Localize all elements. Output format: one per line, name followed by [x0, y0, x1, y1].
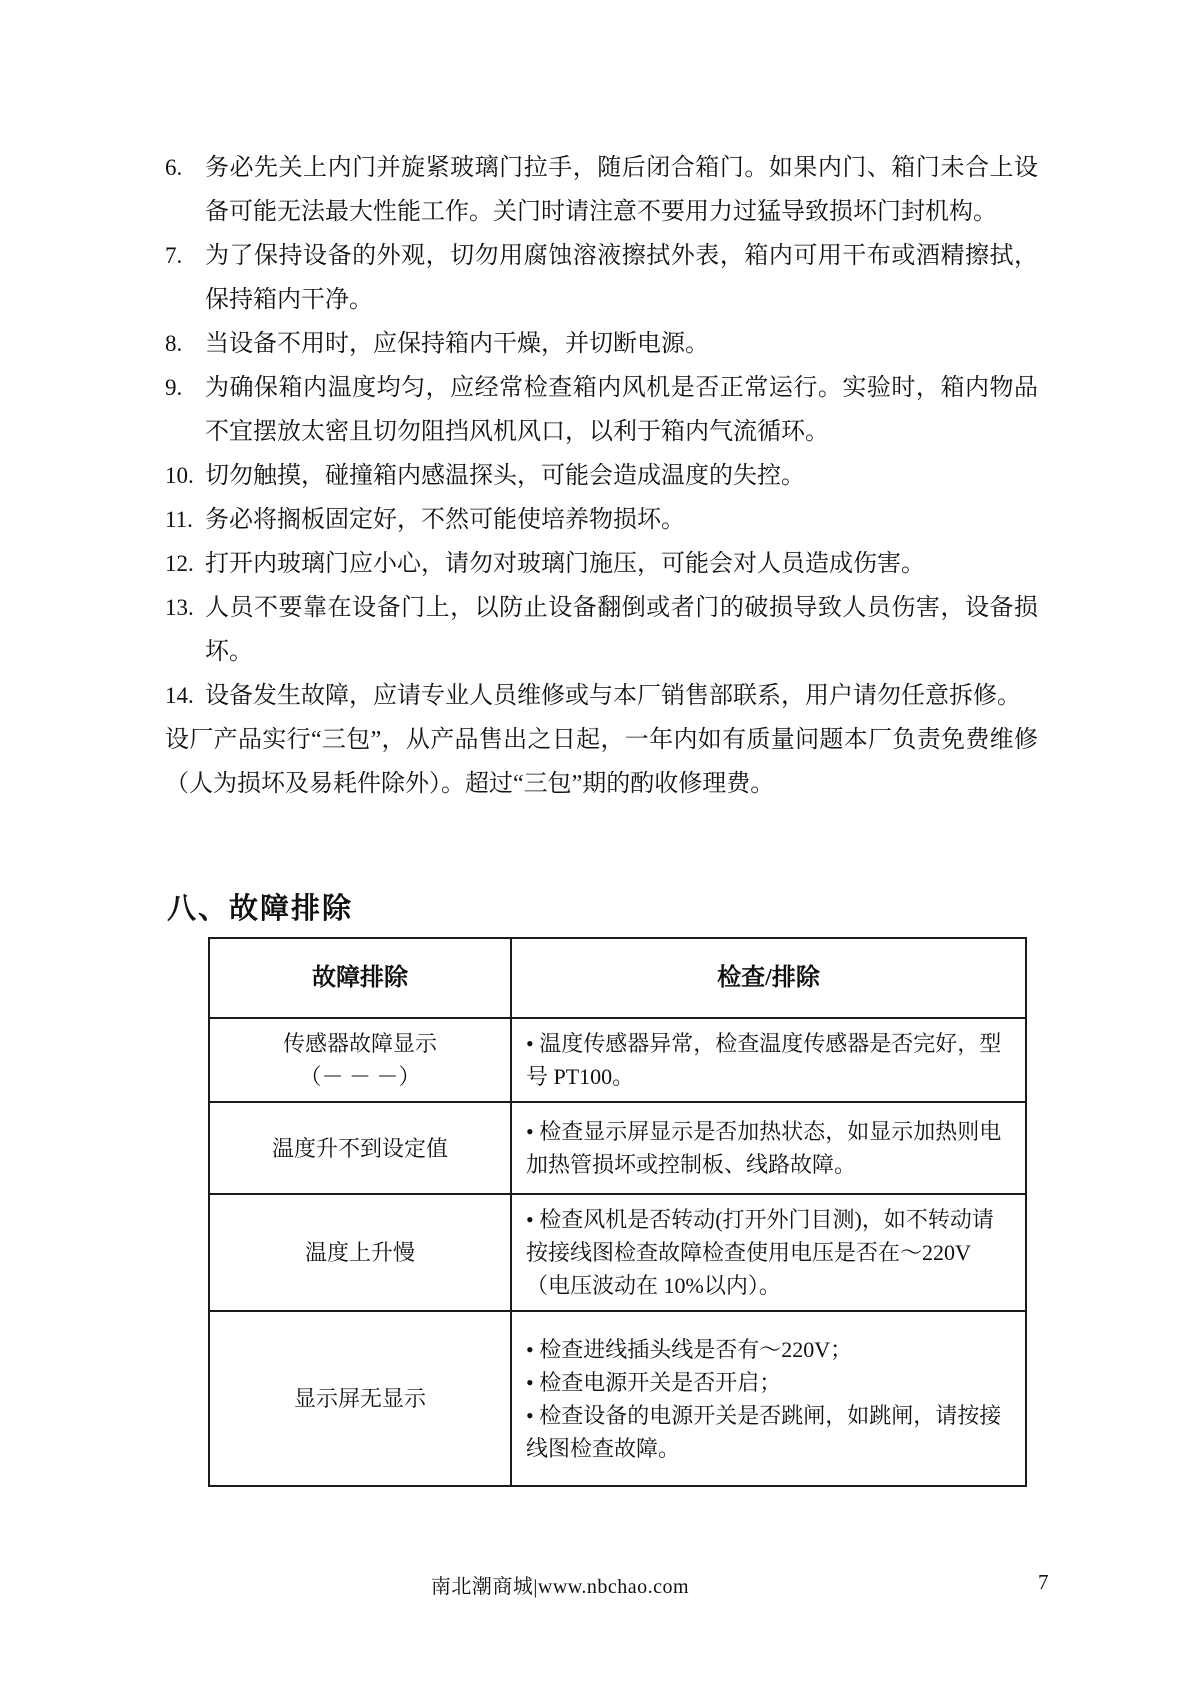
list-item: 9. 为确保箱内温度均匀，应经常检查箱内风机是否正常运行。实验时，箱内物品不宜摆… — [165, 366, 1038, 454]
list-item: 13. 人员不要靠在设备门上，以防止设备翻倒或者门的破损导致人员伤害，设备损坏。 — [165, 586, 1038, 674]
item-text: 人员不要靠在设备门上，以防止设备翻倒或者门的破损导致人员伤害，设备损坏。 — [205, 586, 1038, 674]
list-item: 7. 为了保持设备的外观，切勿用腐蚀溶液擦拭外表，箱内可用干布或酒精擦拭，保持箱… — [165, 234, 1038, 322]
list-item: 10. 切勿触摸，碰撞箱内感温探头，可能会造成温度的失控。 — [165, 454, 1038, 498]
troubleshooting-table: 故障排除 检查/排除 传感器故障显示 （－ － －） • 温度传感器异常，检查温… — [208, 937, 1027, 1487]
warranty-paragraph: 设厂产品实行“三包”，从产品售出之日起，一年内如有质量问题本厂负责免费维修（人为… — [165, 718, 1038, 806]
list-item: 8. 当设备不用时，应保持箱内干燥，并切断电源。 — [165, 322, 1038, 366]
list-item: 14. 设备发生故障，应请专业人员维修或与本厂销售部联系，用户请勿任意拆修。 — [165, 674, 1038, 718]
item-text: 切勿触摸，碰撞箱内感温探头，可能会造成温度的失控。 — [205, 454, 1038, 498]
footer-site-text: 南北潮商城|www.nbchao.com — [431, 1570, 689, 1599]
item-number: 14. — [165, 674, 205, 718]
item-number: 7. — [165, 234, 205, 278]
check-cell: • 检查风机是否转动(打开外门目测)，如不转动请按接线图检查故障检查使用电压是否… — [511, 1194, 1026, 1311]
item-number: 13. — [165, 586, 205, 630]
item-number: 6. — [165, 146, 205, 190]
item-number: 12. — [165, 542, 205, 586]
item-text: 为确保箱内温度均匀，应经常检查箱内风机是否正常运行。实验时，箱内物品不宜摆放太密… — [205, 366, 1038, 454]
table-row: 显示屏无显示 • 检查进线插头线是否有～220V； • 检查电源开关是否开启； … — [209, 1311, 1026, 1486]
list-item: 6. 务必先关上内门并旋紧玻璃门拉手，随后闭合箱门。如果内门、箱门未合上设备可能… — [165, 146, 1038, 234]
precautions-list: 6. 务必先关上内门并旋紧玻璃门拉手，随后闭合箱门。如果内门、箱门未合上设备可能… — [165, 146, 1038, 806]
item-number: 10. — [165, 454, 205, 498]
item-text: 打开内玻璃门应小心，请勿对玻璃门施压，可能会对人员造成伤害。 — [205, 542, 1038, 586]
table-row: 温度上升慢 • 检查风机是否转动(打开外门目测)，如不转动请按接线图检查故障检查… — [209, 1194, 1026, 1311]
table-row: 温度升不到设定值 • 检查显示屏显示是否加热状态，如显示加热则电加热管损坏或控制… — [209, 1102, 1026, 1194]
check-cell: • 检查显示屏显示是否加热状态，如显示加热则电加热管损坏或控制板、线路故障。 — [511, 1102, 1026, 1194]
fault-cell: 传感器故障显示 （－ － －） — [209, 1018, 511, 1102]
section-heading: 八、故障排除 — [167, 886, 353, 927]
item-text: 当设备不用时，应保持箱内干燥，并切断电源。 — [205, 322, 1038, 366]
item-text: 为了保持设备的外观，切勿用腐蚀溶液擦拭外表，箱内可用干布或酒精擦拭，保持箱内干净… — [205, 234, 1038, 322]
table-row: 传感器故障显示 （－ － －） • 温度传感器异常，检查温度传感器是否完好，型号… — [209, 1018, 1026, 1102]
table-header-fault: 故障排除 — [209, 938, 511, 1018]
item-number: 8. — [165, 322, 205, 366]
item-text: 务必先关上内门并旋紧玻璃门拉手，随后闭合箱门。如果内门、箱门未合上设备可能无法最… — [205, 146, 1038, 234]
item-text: 设备发生故障，应请专业人员维修或与本厂销售部联系，用户请勿任意拆修。 — [205, 674, 1038, 718]
fault-cell: 显示屏无显示 — [209, 1311, 511, 1486]
table-header-row: 故障排除 检查/排除 — [209, 938, 1026, 1018]
fault-cell: 温度升不到设定值 — [209, 1102, 511, 1194]
check-cell: • 检查进线插头线是否有～220V； • 检查电源开关是否开启； • 检查设备的… — [511, 1311, 1026, 1486]
manual-page: 6. 务必先关上内门并旋紧玻璃门拉手，随后闭合箱门。如果内门、箱门未合上设备可能… — [0, 0, 1200, 1697]
item-number: 9. — [165, 366, 205, 410]
item-number: 11. — [165, 498, 205, 542]
table-header-check: 检查/排除 — [511, 938, 1026, 1018]
check-cell: • 温度传感器异常，检查温度传感器是否完好，型号 PT100。 — [511, 1018, 1026, 1102]
item-text: 务必将搁板固定好，不然可能使培养物损坏。 — [205, 498, 1038, 542]
fault-cell: 温度上升慢 — [209, 1194, 511, 1311]
list-item: 12. 打开内玻璃门应小心，请勿对玻璃门施压，可能会对人员造成伤害。 — [165, 542, 1038, 586]
list-item: 11. 务必将搁板固定好，不然可能使培养物损坏。 — [165, 498, 1038, 542]
page-number: 7 — [1038, 1570, 1049, 1595]
